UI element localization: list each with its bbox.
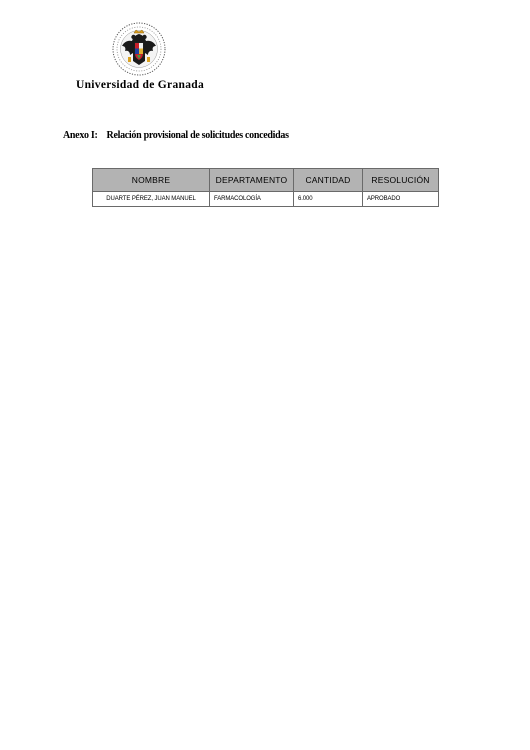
column-header-departamento: DEPARTAMENTO bbox=[210, 169, 294, 192]
column-header-nombre: NOMBRE bbox=[93, 169, 210, 192]
grants-table: NOMBRE DEPARTAMENTO CANTIDAD RESOLUCIÓN … bbox=[92, 168, 439, 207]
institution-name: Universidad de Granada bbox=[60, 79, 220, 91]
cell-resolucion: APROBADO bbox=[363, 192, 439, 207]
annex-title-text: Relación provisional de solicitudes conc… bbox=[107, 130, 289, 141]
university-crest-icon bbox=[111, 21, 167, 77]
cell-cantidad: 6.000 bbox=[294, 192, 363, 207]
column-header-cantidad: CANTIDAD bbox=[294, 169, 363, 192]
cell-nombre: DUARTE PÉREZ, JUAN MANUEL bbox=[93, 192, 210, 207]
annex-heading: Anexo I:Relación provisional de solicitu… bbox=[63, 130, 289, 141]
annex-label: Anexo I: bbox=[63, 130, 98, 141]
cell-departamento: FARMACOLOGÍA bbox=[210, 192, 294, 207]
column-header-resolucion: RESOLUCIÓN bbox=[363, 169, 439, 192]
table-header-row: NOMBRE DEPARTAMENTO CANTIDAD RESOLUCIÓN bbox=[93, 169, 439, 192]
table-row: DUARTE PÉREZ, JUAN MANUEL FARMACOLOGÍA 6… bbox=[93, 192, 439, 207]
